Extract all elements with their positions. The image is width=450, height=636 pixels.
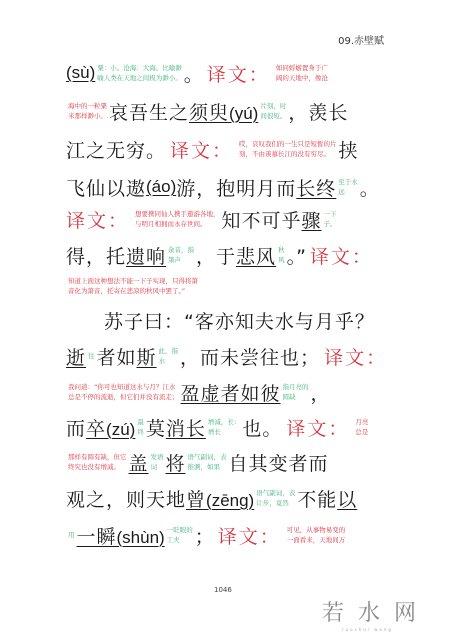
translation-line: 知道上面这种想法不能一下子实现，只得将箫 [68,276,198,286]
main-text: 哀吾生之 [109,98,189,125]
translation-line: 如同蜉蝣置身于广 [276,63,328,73]
annotation-line: 最 [137,417,144,427]
translation-line: 我问道：“你可也知道这水与月？江水 [68,382,179,392]
translation-line: 音化为箫音，托寄在悲凉的秋风中罢了。” [68,286,198,296]
main-text: 江之无穷。 [66,136,166,163]
annotation-line: 风 [278,255,285,265]
annotation: 一眨眼的 工夫 [167,525,193,545]
main-text: 得，托 [66,242,126,269]
annotation: 指月亮的 圆缺 [283,382,309,402]
annotation-line: 语气副词，表 [256,488,295,498]
text-line: 我问道：“你可也知道这水与月？江水 总是不停的流逝，但它们并没有流走； 盈虚者如… [66,374,386,410]
chapter-header: 09.赤壁赋 [338,32,384,47]
translation-text: 那样有圆有缺，但它 终究也没有增减。 [68,452,127,472]
main-text: ，羡长 [288,98,348,125]
translation-label: 译文： [218,522,281,549]
key-word: 遗响 [126,242,166,269]
translation-label: 译文： [207,60,270,87]
annotation: 秋 风 [278,245,285,265]
translation-label: 译文： [66,206,129,233]
annotation: 用 [68,530,75,540]
translation-label: 译文： [324,343,387,370]
translation-line: 与明月相拥而永存世间。 [135,219,220,229]
annotation-line: 增减，长： [208,417,241,427]
annotation-line: 往 [88,351,95,361]
annotation-line: 秋 [278,245,285,255]
annotation-line: 工夫 [167,535,193,545]
translation-text: 我问道：“你可也知道这水与月？江水 总是不停的流逝，但它们并没有流走； [68,382,179,402]
translation-text: 知道上面这种想法不能一下子实现，只得将箫 音化为箫音，托寄在悲凉的秋风中罢了。” [68,276,198,296]
key-word: 须臾(yú) [189,98,258,125]
translation-line: 阔的天地中，像沧 [276,73,328,83]
annotation: 语气副词，表 推测，如果 [188,452,227,472]
translation-label: 译文： [170,136,233,163]
annotation-line: 至于永 [338,177,358,187]
annotation: 增减，长： 增长 [208,417,241,437]
key-word: 卒(zú) [86,414,135,441]
main-text: 也。 [242,414,282,441]
text-line: (sù) 粟：小。沧海：大海。比喻渺 喻人类在天地之间极为渺小。 。 译文： 如… [66,55,386,91]
main-text: 自其变者而 [229,449,329,476]
annotation-line: 粟：小。沧海：大海。比喻渺 [97,63,182,73]
annotation-line: 终 [137,427,144,437]
annotation-line: 余音，指 [168,245,194,255]
annotation-line: 一眨眼的 [167,525,193,535]
main-text: 而 [66,414,86,441]
punctuation: 。” [287,242,306,269]
main-text: ，而未尝往也； [180,343,320,370]
translation-line: 一面看来，天地间万 [287,535,346,545]
text-line: 用 一瞬(shùn) 一眨眼的 工夫 ； 译文： 可见，从事物易变的 一面看来，… [66,517,386,553]
annotation: 余音，指 箫声 [168,245,194,265]
punctuation: 。 [184,60,203,87]
text-line: 知道上面这种想法不能一下子实现，只得将箫 音化为箫音，托寄在悲凉的秋风中罢了。” [66,268,386,304]
word: 一瞬 [77,526,117,548]
text-line: 观之，则天地 曾(zēng) 语气副词，表 让步，竟然 不能 以 [66,480,386,516]
main-text: 苏子曰：“客亦知夫水与月乎？ [104,307,375,334]
translation-text: 可见，从事物易变的 一面看来，天地间万 [287,525,346,545]
annotation-line: 让步，竟然 [256,498,295,508]
annotation-line: 语气副词，表 [188,452,227,462]
annotation: 语气副词，表 让步，竟然 [256,488,295,508]
translation-line: 月亮 [355,417,368,427]
annotation-line: 箫声 [168,255,194,265]
punctuation: ； [195,522,214,549]
watermark-text: 若水网 [322,596,450,627]
annotation: 发语 词 [151,452,164,472]
translation-line: 米那样渺小。 [68,111,107,121]
key-word: 长终 [296,174,336,201]
main-text: 挟 [339,136,359,163]
text-line: 海中的一粒粟 米那样渺小。 哀吾生之 须臾(yú) 片刻，时 间很短。 ，羡长 [66,93,386,129]
main-text: 不能 [297,485,337,512]
text-line: 译文： 想要携同仙人携手遨游各地， 与明月相拥而永存世间。 知不可乎 骤 一下 … [66,201,386,237]
annotation-line: 片刻，时 [260,101,286,111]
translation-line: 想要携同仙人携手遨游各地， [135,209,220,219]
annotation-line: 发语 [151,452,164,462]
key-word: 盈虚者如彼 [181,379,281,406]
pinyin: (sù) [66,63,95,83]
annotation: 最 终 [137,417,144,437]
pinyin: (áo) [146,177,176,197]
text-line: 逝 往 者如 斯 此，指 水 ，而未尝往也； 译文： [66,338,386,374]
translation-line: 总是 [355,427,368,437]
translation-line: 海中的一粒粟 [68,101,107,111]
annotation-line: 圆缺 [283,392,309,402]
annotation-line: 水 [159,356,179,366]
text-line: 江之无穷。 译文： 哎，哀叹我们的一生只是短暂的片 刻，不由羡慕长江的没有穷尽。… [66,131,386,167]
punctuation: ， [311,379,330,406]
watermark-subtext: ruoshui wang [342,627,450,632]
key-word: 骤 [302,206,322,233]
translation-label: 译文： [286,414,349,441]
main-text: 莫 [146,414,166,441]
annotation-line: 子。 [324,219,337,229]
annotation: 往 [88,351,95,361]
annotation-line: 此，指 [159,346,179,356]
annotation-line: 一下 [324,209,337,219]
translation-text: 海中的一粒粟 米那样渺小。 [68,101,107,121]
main-text: 游，抱明月而 [176,174,296,201]
translation-text: 想要携同仙人携手遨游各地， 与明月相拥而永存世间。 [135,209,220,229]
word: 须臾 [189,102,229,124]
translation-text: 月亮 总是 [355,417,368,437]
translation-line: 哎，哀叹我们的一生只是短暂的片 [239,139,337,149]
key-word: 斯 [137,343,157,370]
annotation-line: 喻人类在天地之间极为渺小。 [97,73,182,83]
text-line: 而 卒(zú) 最 终 莫 消长 增减，长： 增长 也。 译文： 月亮 总是 [66,409,386,445]
text-line: 苏子曰：“客亦知夫水与月乎？ [104,302,424,338]
annotation-line: 用 [68,530,75,540]
annotation-line: 词 [151,462,164,472]
watermark-logo: 若水网 ruoshui wang [322,596,450,636]
main-text: ，于 [196,242,236,269]
text-line: 飞仙以遨 (áo) 游，抱明月而 长终 至于永 远 。 [66,169,386,205]
punctuation: 。 [360,174,379,201]
key-word: 以 [337,485,357,512]
pinyin: (shùn) [117,528,165,547]
translation-line: 可见，从事物易变的 [287,525,346,535]
annotation: 粟：小。沧海：大海。比喻渺 喻人类在天地之间极为渺小。 [97,63,182,83]
annotation: 此，指 水 [159,346,179,366]
annotation-line: 推测，如果 [188,462,227,472]
annotation-line: 增长 [208,427,241,437]
translation-text: 哎，哀叹我们的一生只是短暂的片 刻，不由羡慕长江的没有穷尽。 [239,139,337,159]
translation-line: 那样有圆有缺，但它 [68,452,127,462]
main-text: 者如 [97,343,137,370]
annotation-line: 指月亮的 [283,382,309,392]
word: 卒 [86,418,106,440]
translation-line: 总是不停的流逝，但它们并没有流走； [68,392,179,402]
key-word: 盖 [129,449,149,476]
page-number: 1046 [214,586,232,594]
key-word: 悲风 [236,242,276,269]
main-text: 观之，则天地 [66,485,186,512]
pinyin: (yú) [229,104,258,123]
annotation: 片刻，时 间很短。 [260,101,286,121]
text-line: 那样有圆有缺，但它 终究也没有增减。 盖 发语 词 将 语气副词，表 推测，如果… [66,444,386,480]
main-text: 知不可乎 [222,206,302,233]
translation-line: 终究也没有增减。 [68,462,127,472]
annotation-line: 间很短。 [260,111,286,121]
key-word: 逝 [66,343,86,370]
translation-text: 如同蜉蝣置身于广 阔的天地中，像沧 [276,63,328,83]
main-text: 飞仙以遨 [66,174,146,201]
annotation-line: 远 [338,187,358,197]
translation-label: 译文： [310,242,373,269]
pinyin: (zēng) [206,491,254,510]
word: 曾 [186,489,206,511]
pinyin: (zú) [106,420,135,439]
annotation: 至于永 远 [338,177,358,197]
translation-line: 刻，不由羡慕长江的没有穷尽。 [239,149,337,159]
key-word: 一瞬(shùn) [77,522,165,549]
annotation: 一下 子。 [324,209,337,229]
key-word: 消长 [166,414,206,441]
key-word: 曾(zēng) [186,485,254,512]
key-word: 将 [166,449,186,476]
